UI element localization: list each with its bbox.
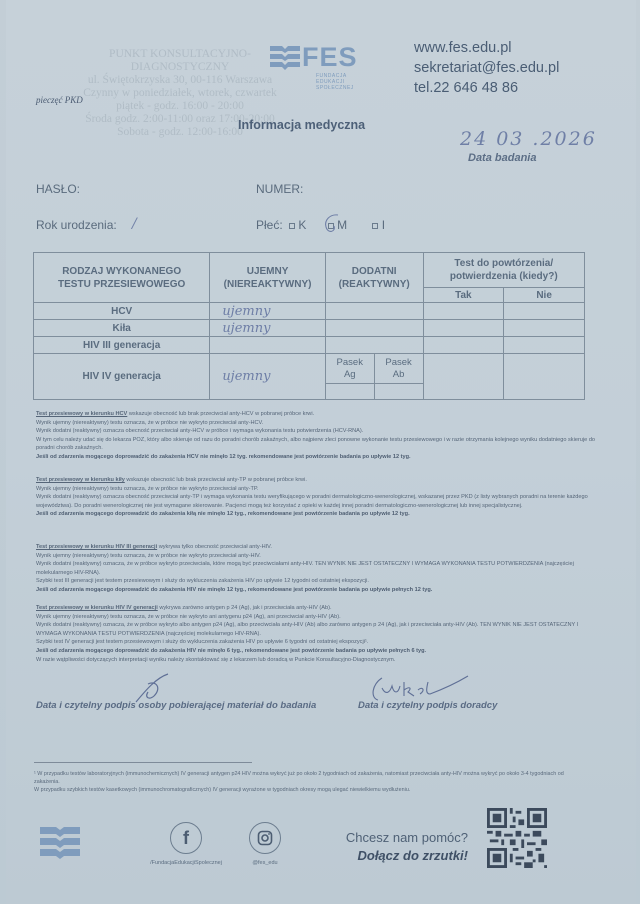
table-row: HIV III generacja (34, 337, 585, 354)
donate-callout: Chcesz nam pomóc? Dołącz do zrzutki! (336, 830, 468, 863)
password-label: HASŁO: (36, 182, 80, 196)
footnote-divider (34, 762, 252, 763)
logo-subtitle: FUNDACJA EDUKACJI SPOŁECZNEJ (316, 73, 354, 91)
info-hiv3: Test przesiewowy w kierunku HIV III gene… (36, 543, 596, 595)
repeat-no-cell[interactable] (504, 320, 585, 337)
negative-cell[interactable]: ujemny (210, 303, 326, 320)
instagram-icon[interactable] (249, 822, 281, 854)
stamp-line: ul. Świętokrzyska 30, 00-116 Warszawa (60, 74, 300, 87)
table-row: Kiła ujemny (34, 320, 585, 337)
test-results-table: RODZAJ WYKONANEGO TESTU PRZESIEWOWEGO UJ… (33, 252, 585, 400)
info-hcv: Test przesiewowy w kierunku HCV wskazuje… (36, 410, 596, 462)
strip-ab-header: Pasek Ab (374, 354, 423, 384)
header-repeat: Test do powtórzenia/ potwierdzenia (kied… (423, 253, 584, 288)
help-question: Chcesz nam pomóc? (336, 830, 468, 845)
positive-cell[interactable] (325, 303, 423, 320)
sex-option-k[interactable]: K (289, 218, 310, 232)
facebook-link[interactable]: f /FundacjaEdukacjiSpolecznej (126, 822, 246, 866)
phone-number: tel.22 646 48 86 (414, 78, 559, 98)
facebook-icon[interactable]: f (170, 822, 202, 854)
info-syphilis: Test przesiewowy w kierunku kiły wskazuj… (36, 476, 596, 519)
page-title: Informacja medyczna (238, 118, 365, 132)
test-name: HIV III generacja (34, 337, 210, 354)
instagram-link[interactable]: @fes_edu (230, 822, 300, 866)
repeat-no-cell[interactable] (504, 303, 585, 320)
header-repeat-no: Nie (504, 288, 585, 303)
stamp-line: Czynny w poniedziałek, wtorek, czwartek (60, 87, 300, 100)
test-name: HIV IV generacja (34, 354, 210, 400)
repeat-yes-cell[interactable] (423, 354, 504, 400)
strip-ag-cell[interactable] (325, 384, 374, 400)
stamp-label: pieczęć PKD (36, 95, 83, 105)
footnote: ¹ W przypadku testów laboratoryjnych (im… (34, 770, 574, 794)
test-name: HCV (34, 303, 210, 320)
repeat-yes-cell[interactable] (423, 303, 504, 320)
email-link[interactable]: sekretariat@fes.edu.pl (414, 58, 559, 78)
qr-code-icon[interactable] (487, 808, 547, 868)
strip-ag-header: Pasek Ag (325, 354, 374, 384)
stamp-line: PUNKT KONSULTACYJNO-DIAGNOSTYCZNY (60, 48, 300, 74)
fes-logo: FES FUNDACJA EDUKACJI SPOŁECZNEJ (270, 44, 382, 96)
repeat-no-cell[interactable] (504, 354, 585, 400)
sex-field: Płeć: K M I (256, 218, 385, 232)
negative-cell[interactable] (210, 337, 326, 354)
negative-cell[interactable]: ujemny (210, 320, 326, 337)
counselor-signature-label: Data i czytelny podpis doradcy (358, 700, 497, 711)
contact-info: www.fes.edu.pl sekretariat@fes.edu.pl te… (414, 38, 559, 98)
fes-footer-logo-icon (40, 827, 80, 859)
handwritten-check-icon (322, 212, 348, 236)
header-repeat-yes: Tak (423, 288, 504, 303)
repeat-no-cell[interactable] (504, 337, 585, 354)
exam-date-value[interactable]: 24 03 .2026 (460, 128, 597, 150)
repeat-yes-cell[interactable] (423, 320, 504, 337)
sex-option-m[interactable]: M (328, 218, 351, 232)
negative-cell[interactable]: ujemny (210, 354, 326, 400)
exam-date-label: Data badania (468, 152, 536, 164)
number-label: NUMER: (256, 182, 303, 196)
website-link[interactable]: www.fes.edu.pl (414, 38, 559, 58)
test-name: Kiła (34, 320, 210, 337)
strip-ab-cell[interactable] (374, 384, 423, 400)
header-negative: UJEMNY (NIEREAKTYWNY) (210, 253, 326, 303)
birth-year-label: Rok urodzenia: (36, 218, 117, 232)
positive-cell[interactable] (325, 320, 423, 337)
collector-signature-label: Data i czytelny podpis osoby pobierające… (36, 700, 316, 711)
checkbox-icon[interactable] (372, 223, 378, 229)
table-row: HIV IV generacja ujemny Pasek Ag Pasek A… (34, 354, 585, 384)
stamp-line: piątek - godz. 16:00 - 20:00 (60, 100, 300, 113)
header-positive: DODATNI (REAKTYWNY) (325, 253, 423, 303)
table-row: HCV ujemny (34, 303, 585, 320)
sex-label: Płeć: (256, 218, 283, 232)
info-hiv4: Test przesiewowy w kierunku HIV IV gener… (36, 604, 596, 664)
positive-cell[interactable] (325, 337, 423, 354)
donate-link[interactable]: Dołącz do zrzutki! (336, 848, 468, 863)
header-test-type: RODZAJ WYKONANEGO TESTU PRZESIEWOWEGO (34, 253, 210, 303)
sex-option-i[interactable]: I (372, 218, 385, 232)
birth-year-value[interactable]: / (132, 216, 137, 232)
logo-wordmark: FES (302, 42, 358, 73)
repeat-yes-cell[interactable] (423, 337, 504, 354)
fes-logo-icon (270, 44, 300, 70)
checkbox-icon[interactable] (289, 223, 295, 229)
